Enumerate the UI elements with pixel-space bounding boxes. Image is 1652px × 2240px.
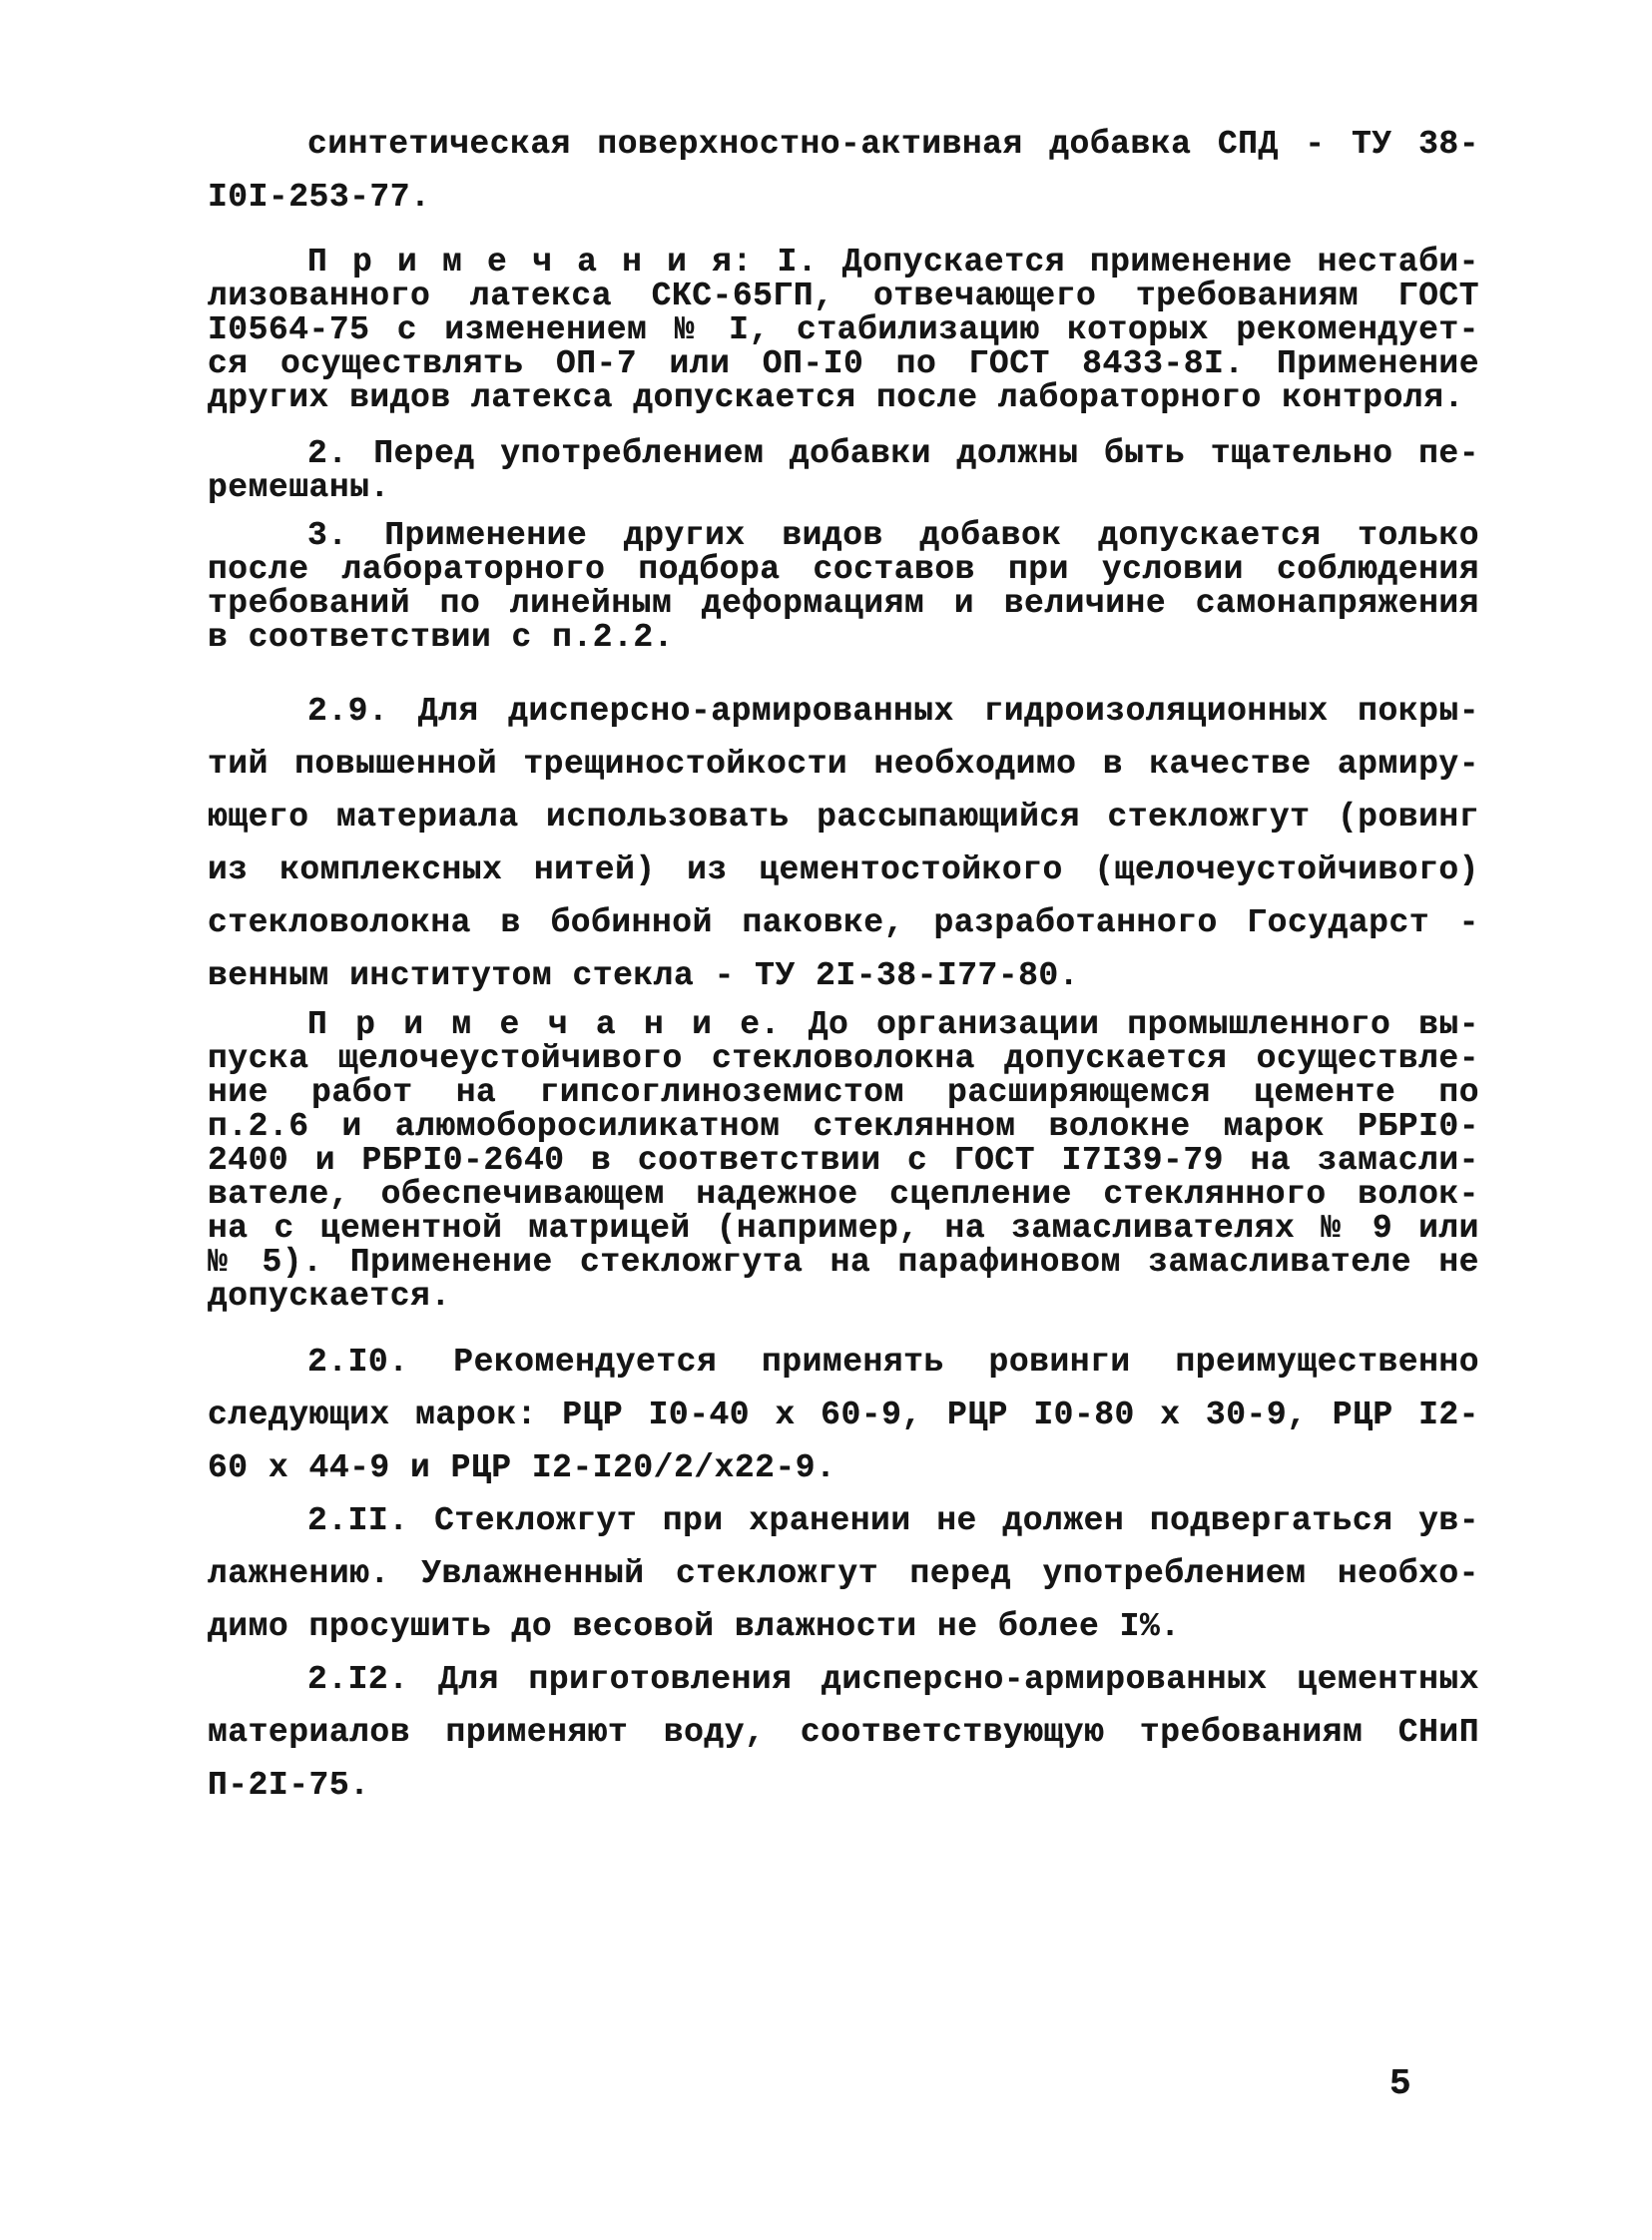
text-line: 2.II. Стекложгут при хранении не должен … (208, 1494, 1479, 1547)
text-line: П-2I-75. (208, 1759, 1479, 1812)
text-line: ющего материала использовать рассыпающий… (208, 791, 1479, 843)
text-line: требований по линейным деформациям и вел… (208, 587, 1479, 621)
text-line: П р и м е ч а н и е. До организации пром… (208, 1008, 1479, 1042)
text-line: синтетическая поверхностно-активная доба… (208, 118, 1479, 171)
text-line: димо просушить до весовой влажности не б… (208, 1600, 1479, 1653)
text-line: на с цементной матрицей (например, на за… (208, 1212, 1479, 1246)
text-line: после лабораторного подбора составов при… (208, 553, 1479, 587)
text-line: ние работ на гипсоглиноземистом расширяю… (208, 1076, 1479, 1110)
clause-2-9: 2.9. Для дисперсно-армированных гидроизо… (208, 685, 1479, 1002)
text-line: п.2.6 и алюмоборосиликатном стеклянном в… (208, 1110, 1479, 1144)
text-line: тий повышенной трещиностойкости необходи… (208, 738, 1479, 791)
text-line: следующих марок: РЦР I0-40 х 60-9, РЦР I… (208, 1389, 1479, 1441)
text-line: ся осуществлять ОП-7 или ОП-I0 по ГОСТ 8… (208, 347, 1479, 381)
text-line: в соответствии с п.2.2. (208, 621, 1479, 655)
notes-item-2: 2. Перед употреблением добавки должны бы… (208, 437, 1479, 505)
text-block: синтетическая поверхностно-активная доба… (208, 118, 1479, 1812)
text-line: I0I-253-77. (208, 171, 1479, 224)
text-line: 60 х 44-9 и РЦР I2-I20/2/х22-9. (208, 1441, 1479, 1494)
text-line: 2. Перед употреблением добавки должны бы… (208, 437, 1479, 471)
notes-item-3: 3. Применение других видов добавок допус… (208, 519, 1479, 655)
text-line: вателе, обеспечивающем надежное сцеплени… (208, 1178, 1479, 1212)
intro-continuation: синтетическая поверхностно-активная доба… (208, 118, 1479, 224)
text-line: допускается. (208, 1280, 1479, 1314)
text-line: I0564-75 с изменением № I, стабилизацию … (208, 313, 1479, 347)
clause-2-10: 2.I0. Рекомендуется применять ровинги пр… (208, 1336, 1479, 1494)
text-line: лажнению. Увлажненный стекложгут перед у… (208, 1547, 1479, 1600)
scanned-document-page: синтетическая поверхностно-активная доба… (0, 0, 1652, 2240)
text-line: П р и м е ч а н и я: I. Допускается прим… (208, 246, 1479, 280)
clause-2-11: 2.II. Стекложгут при хранении не должен … (208, 1494, 1479, 1653)
text-line: № 5). Применение стекложгута на парафино… (208, 1246, 1479, 1280)
text-line: 2.I2. Для приготовления дисперсно-армиро… (208, 1653, 1479, 1706)
text-line: других видов латекса допускается после л… (208, 381, 1479, 415)
text-line: 2.I0. Рекомендуется применять ровинги пр… (208, 1336, 1479, 1389)
text-line: пуска щелочеустойчивого стекловолокна до… (208, 1042, 1479, 1076)
page-number: 5 (1389, 2064, 1411, 2104)
text-line: 2400 и РБРI0-2640 в соответствии с ГОСТ … (208, 1144, 1479, 1178)
text-line: 2.9. Для дисперсно-армированных гидроизо… (208, 685, 1479, 738)
text-line: венным институтом стекла - ТУ 2I-38-I77-… (208, 949, 1479, 1002)
clause-2-12: 2.I2. Для приготовления дисперсно-армиро… (208, 1653, 1479, 1812)
text-line: ремешаны. (208, 471, 1479, 505)
text-line: стекловолокна в бобинной паковке, разраб… (208, 896, 1479, 949)
notes-item-1: П р и м е ч а н и я: I. Допускается прим… (208, 246, 1479, 415)
text-line: материалов применяют воду, соответствующ… (208, 1706, 1479, 1759)
text-line: 3. Применение других видов добавок допус… (208, 519, 1479, 553)
text-line: лизованного латекса СКС-65ГП, отвечающег… (208, 280, 1479, 313)
note-to-2-9: П р и м е ч а н и е. До организации пром… (208, 1008, 1479, 1314)
text-line: из комплексных нитей) из цементостойкого… (208, 843, 1479, 896)
